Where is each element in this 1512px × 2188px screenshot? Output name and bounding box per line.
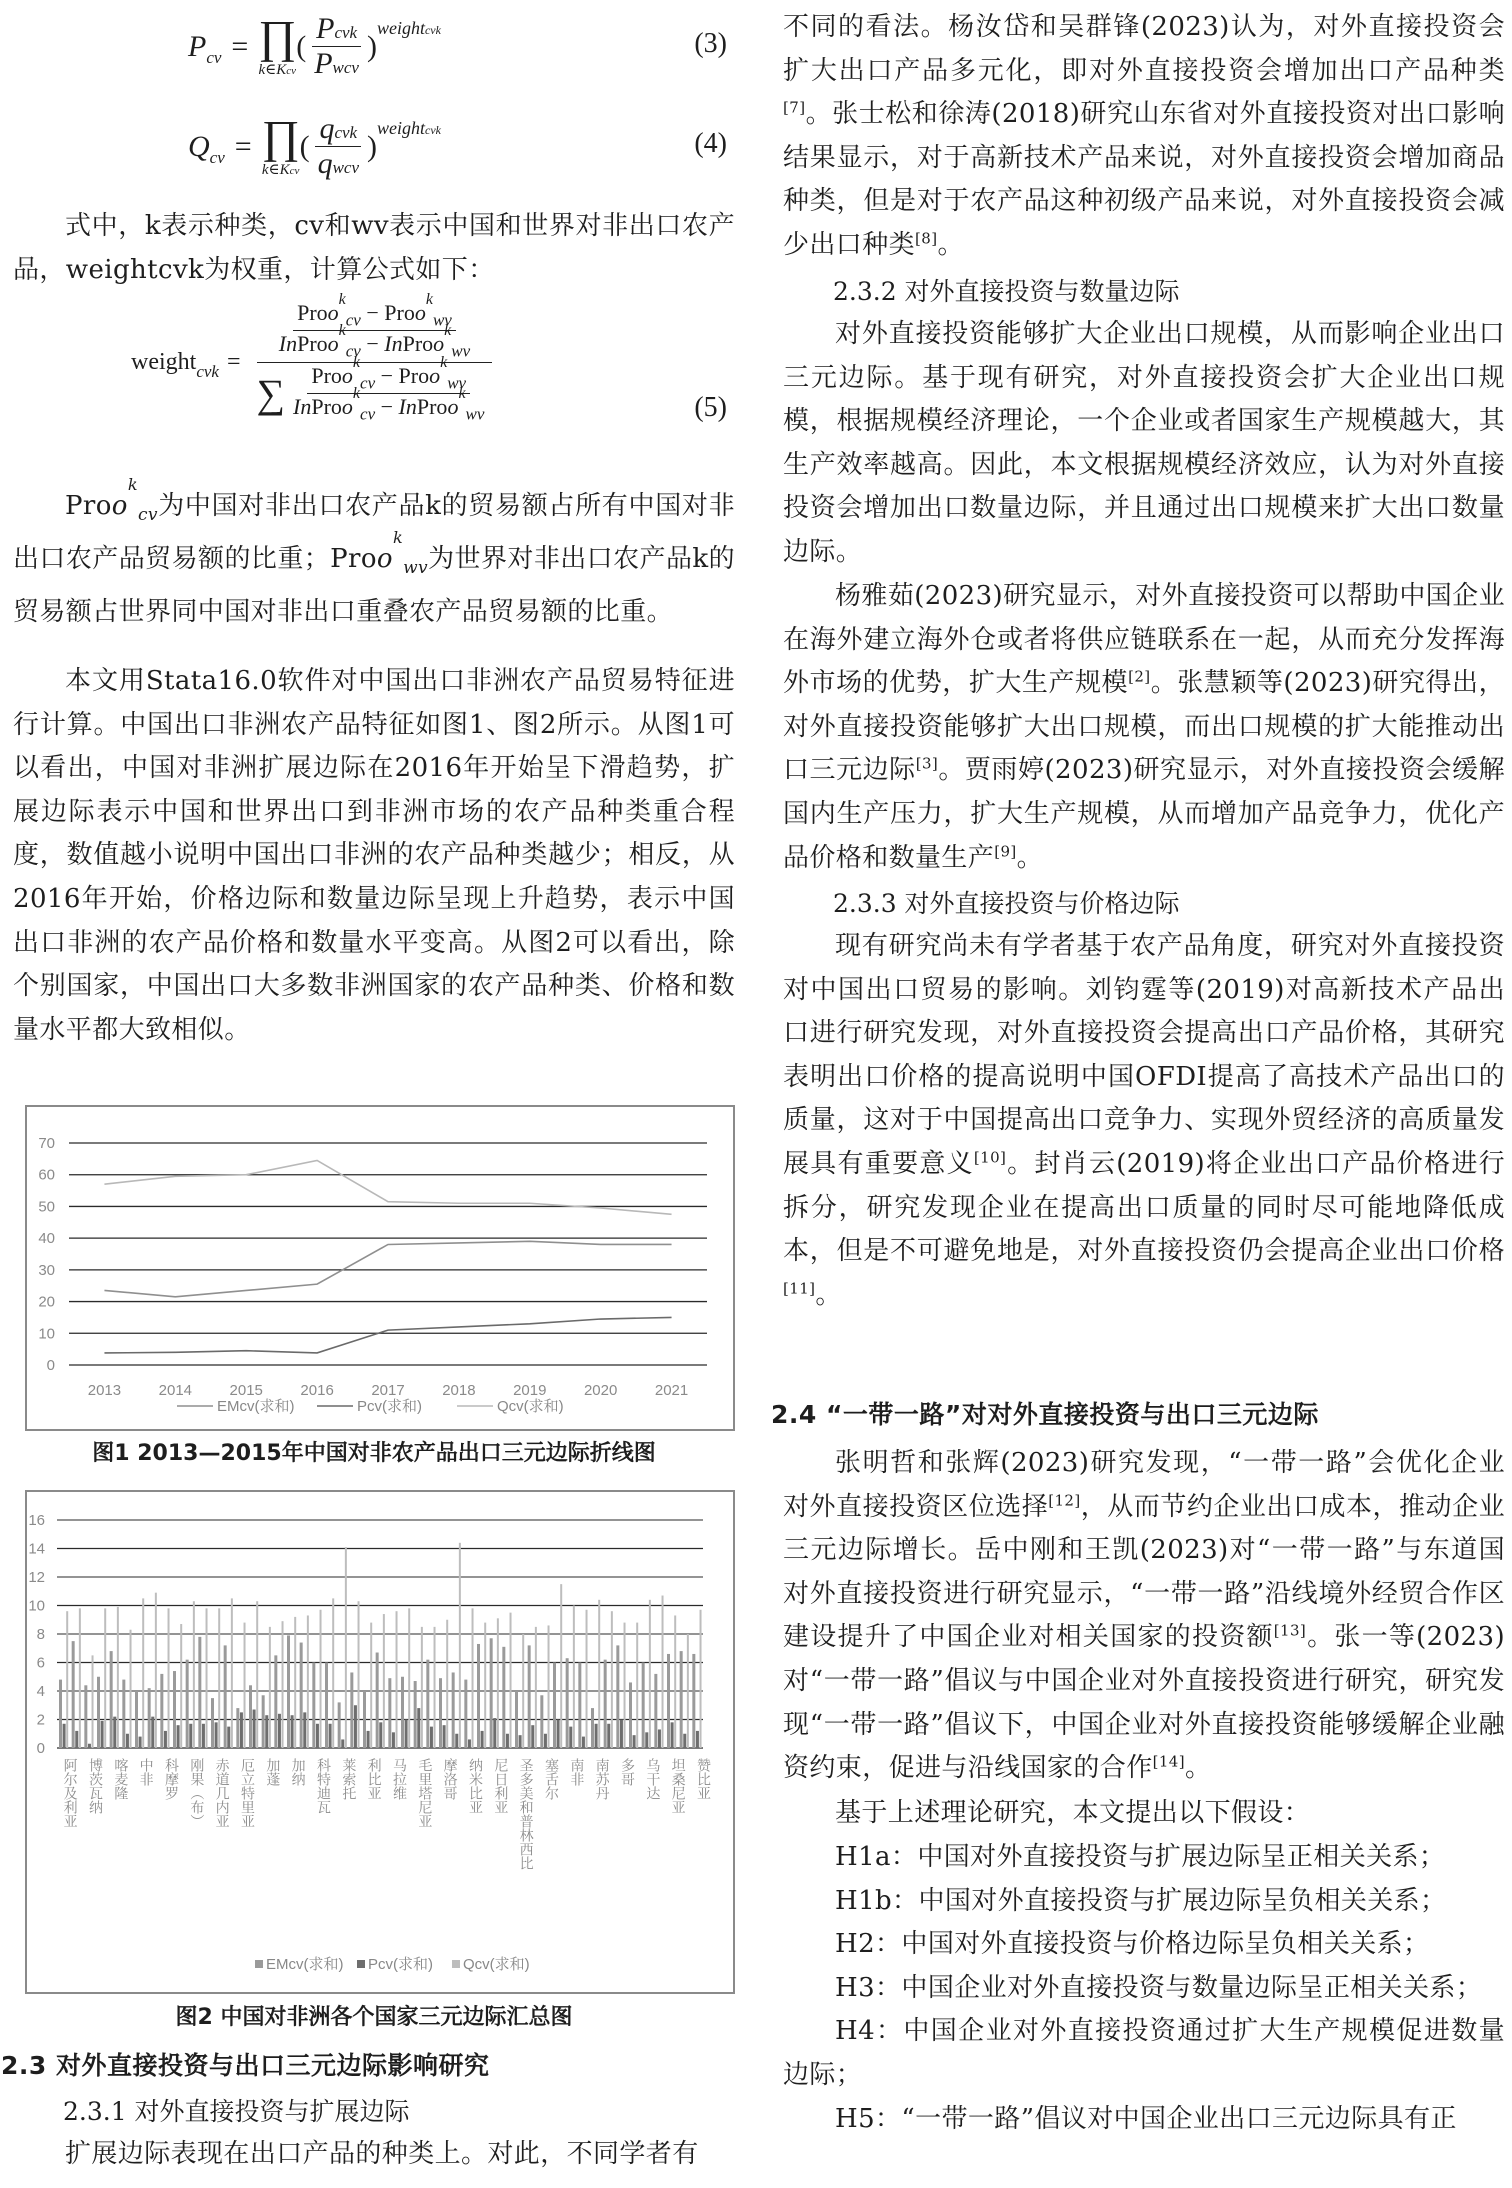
citation-3: [3]	[916, 755, 938, 773]
bar	[350, 1672, 353, 1748]
bar	[591, 1708, 594, 1748]
x-category-label: 喀麦隆	[112, 1758, 128, 1800]
x-category-label: 科特迪瓦	[315, 1757, 331, 1814]
y-tick-label: 0	[47, 1357, 55, 1374]
x-category-label: 南非	[568, 1757, 584, 1786]
y-tick-label: 10	[38, 1325, 55, 1342]
eq3-number: (3)	[694, 28, 727, 60]
paragraph-extensive-margin: 扩展边际表现在出口产品的种类上。对此，不同学者有	[13, 2133, 735, 2177]
y-tick-label: 2	[37, 1712, 45, 1729]
hypothesis-h5: H5：“一带一路”倡议对中国企业出口三元边际具有正	[783, 2098, 1505, 2142]
figure-1-line-chart: 0102030405060702013201420152016201720182…	[25, 1105, 735, 1431]
paragraph-scale-effects: 杨雅茹(2023)研究显示，对外直接投资可以帮助中国企业在海外建立海外仓或者将供…	[783, 575, 1505, 880]
bar	[405, 1720, 408, 1749]
hypothesis-h4: H4：中国企业对外直接投资通过扩大生产规模促进数量边际；	[783, 2010, 1505, 2097]
x-category-label: 赤道几内亚	[214, 1757, 230, 1828]
bar	[329, 1724, 332, 1748]
bar	[642, 1663, 645, 1749]
bar	[654, 1674, 657, 1748]
bar	[611, 1611, 613, 1748]
x-tick-label: 2021	[655, 1382, 688, 1399]
eq4-lhs-sub: cv	[210, 148, 225, 168]
bar	[569, 1727, 572, 1748]
bar	[236, 1708, 239, 1748]
paragraph-belt-and-road: 张明哲和张辉(2023)研究发现，“一带一路”会优化企业对外直接投资区位选择[1…	[783, 1442, 1505, 1791]
bar	[629, 1682, 632, 1748]
x-tick-label: 2016	[300, 1382, 333, 1399]
bar	[683, 1734, 686, 1748]
eq4-equals: =	[235, 130, 252, 164]
y-tick-label: 0	[37, 1740, 45, 1757]
bar	[345, 1547, 347, 1748]
eq3-lhs-sub: cv	[206, 48, 221, 68]
hypothesis-h2: H2：中国对外直接投资与价格边际呈负相关关系；	[783, 1923, 1505, 1967]
bar	[316, 1724, 319, 1748]
bar	[231, 1598, 233, 1748]
x-tick-label: 2020	[584, 1382, 617, 1399]
x-category-label: 纳米比亚	[467, 1757, 483, 1814]
bar	[142, 1598, 144, 1748]
y-tick-label: 10	[28, 1598, 45, 1615]
eq4-product: ∏ k∈Kcv	[262, 114, 300, 179]
series-line	[104, 1317, 671, 1353]
legend-label: Pcv(求和)	[357, 1398, 422, 1415]
bar	[282, 1621, 284, 1748]
bar	[401, 1677, 404, 1748]
bar	[211, 1698, 214, 1748]
y-tick-label: 70	[38, 1135, 55, 1152]
eq4-fraction: qcvk qwcv	[314, 112, 363, 181]
bar	[700, 1610, 702, 1748]
bar	[72, 1641, 75, 1748]
bar	[358, 1601, 360, 1748]
bar	[341, 1739, 344, 1748]
bar	[472, 1608, 474, 1748]
x-category-label: 阿尔及利亚	[62, 1758, 78, 1828]
bar	[490, 1638, 493, 1748]
bar	[595, 1724, 598, 1748]
citation-10: [10]	[974, 1148, 1006, 1166]
bar	[379, 1722, 382, 1748]
x-category-label: 利比亚	[366, 1757, 382, 1800]
x-category-label: 科摩罗	[163, 1757, 179, 1800]
bar	[421, 1627, 423, 1748]
bar	[392, 1732, 395, 1748]
bar	[294, 1617, 296, 1748]
bar	[265, 1715, 268, 1748]
bar	[126, 1734, 129, 1748]
hypothesis-h3: H3：中国企业对外直接投资与数量边际呈正相关关系；	[783, 1967, 1505, 2011]
bar	[481, 1731, 484, 1748]
eq3-fraction: Pcvk Pwcv	[310, 12, 363, 81]
figure-2-bar-chart: 0246810121416阿尔及利亚博茨瓦纳喀麦隆中非科摩罗刚果（布）赤道几内亚…	[25, 1490, 735, 1994]
citation-12: [12]	[1048, 1491, 1080, 1509]
paragraph-price-margin: 现有研究尚未有学者基于农产品角度，研究对外直接投资对中国出口贸易的影响。刘钧霆等…	[783, 925, 1505, 1317]
paragraph-weight-intro: 式中，k表示种类，cv和wv表示中国和世界对非出口农产品，weightcvk为权…	[13, 205, 735, 292]
bar	[455, 1734, 458, 1748]
bar	[215, 1722, 218, 1748]
x-category-label: 南苏丹	[594, 1757, 610, 1800]
bar	[557, 1720, 560, 1749]
x-tick-label: 2019	[513, 1382, 546, 1399]
bar	[620, 1720, 623, 1749]
bar	[92, 1655, 94, 1748]
bar	[493, 1718, 496, 1748]
bar	[363, 1691, 366, 1748]
bar	[148, 1688, 151, 1748]
bar	[256, 1601, 258, 1748]
bar	[544, 1734, 547, 1748]
bar	[531, 1725, 534, 1748]
x-category-label: 多哥	[619, 1758, 635, 1786]
bar	[168, 1608, 170, 1748]
legend-swatch	[255, 1960, 263, 1968]
bar	[560, 1584, 562, 1748]
bar	[624, 1623, 626, 1748]
line-chart-svg: 0102030405060702013201420152016201720182…	[27, 1107, 733, 1429]
bar	[586, 1610, 588, 1748]
bar	[692, 1654, 695, 1748]
bar	[63, 1724, 66, 1748]
bar	[522, 1634, 524, 1748]
eq5-outer-fraction: Prookcv − Prookwv InProokcv − InProokwv …	[253, 300, 497, 425]
bar	[636, 1623, 638, 1748]
citation-2: [2]	[1128, 668, 1150, 686]
bar	[249, 1685, 252, 1748]
citation-9: [9]	[994, 842, 1016, 860]
citation-13: [13]	[1274, 1622, 1306, 1640]
bar	[633, 1735, 636, 1748]
bar	[658, 1729, 661, 1748]
y-tick-label: 20	[38, 1294, 55, 1311]
bar	[573, 1606, 575, 1749]
bar	[548, 1625, 550, 1748]
bar	[439, 1678, 442, 1748]
bar	[325, 1663, 328, 1749]
bar	[186, 1660, 189, 1748]
bar	[79, 1608, 81, 1748]
bar	[287, 1635, 290, 1748]
bar	[66, 1611, 68, 1748]
bar	[173, 1671, 176, 1748]
x-category-label: 加纳	[290, 1758, 306, 1787]
eq5-lhs: weight	[131, 349, 196, 376]
bar	[477, 1644, 480, 1748]
y-tick-label: 50	[38, 1198, 55, 1215]
bar	[582, 1737, 585, 1748]
bar	[696, 1731, 699, 1748]
bar	[278, 1714, 281, 1748]
bar	[434, 1627, 436, 1748]
bar	[160, 1674, 163, 1748]
x-category-label: 马拉维	[391, 1758, 407, 1800]
bar	[130, 1630, 132, 1748]
legend-label: Qcv(求和)	[497, 1398, 564, 1415]
paragraph-hypotheses-intro: 基于上述理论研究，本文提出以下假设：	[783, 1792, 1505, 1836]
bar	[649, 1600, 651, 1748]
subsection-heading-2-3-1: 2.3.1 对外直接投资与扩展边际	[13, 2090, 410, 2134]
bar	[312, 1663, 315, 1749]
x-category-label: 加蓬	[264, 1758, 280, 1787]
bar	[426, 1660, 429, 1748]
bar	[303, 1712, 306, 1748]
bar	[218, 1608, 220, 1748]
bar	[414, 1681, 417, 1748]
bar-chart-svg: 0246810121416阿尔及利亚博茨瓦纳喀麦隆中非科摩罗刚果（布）赤道几内亚…	[27, 1492, 733, 1992]
series-line	[104, 1241, 671, 1297]
bar	[484, 1623, 486, 1748]
y-tick-label: 40	[38, 1230, 55, 1247]
bar	[240, 1712, 243, 1748]
x-category-label: 刚果（布）	[188, 1757, 204, 1828]
x-tick-label: 2015	[230, 1382, 263, 1399]
bar	[376, 1653, 379, 1748]
hypothesis-h1b: H1b：中国对外直接投资与扩展边际呈负相关关系；	[783, 1880, 1505, 1924]
bar	[680, 1651, 683, 1748]
bar	[320, 1610, 322, 1748]
section-heading-2-3: 2.3 对外直接投资与出口三元边际影响研究	[1, 2046, 490, 2086]
bar	[151, 1717, 154, 1748]
bar	[515, 1691, 518, 1748]
bar	[553, 1663, 556, 1749]
bar	[244, 1623, 246, 1748]
x-category-label: 莱索托	[340, 1758, 356, 1800]
bar	[607, 1724, 610, 1748]
bar	[338, 1702, 341, 1748]
eq3-lhs: P	[188, 30, 206, 64]
citation-8: [8]	[915, 229, 937, 247]
bar	[566, 1658, 569, 1748]
citation-14: [14]	[1153, 1753, 1185, 1771]
bar	[274, 1655, 277, 1748]
x-category-label: 尼日利亚	[492, 1758, 508, 1814]
eq3-product: ∏ k∈Kcv	[258, 14, 296, 79]
bar	[519, 1735, 522, 1748]
bar	[198, 1637, 201, 1748]
bar	[227, 1727, 230, 1748]
figure-2-caption: 图2 中国对非洲各个国家三元边际汇总图	[13, 2000, 735, 2031]
bar	[291, 1715, 294, 1748]
legend-label: Qcv(求和)	[463, 1956, 530, 1973]
bar	[269, 1627, 271, 1748]
x-tick-label: 2013	[88, 1382, 121, 1399]
bar	[674, 1615, 676, 1748]
paragraph-stata-analysis: 本文用Stata16.0软件对中国出口非洲农产品贸易特征进行计算。中国出口非洲农…	[13, 660, 735, 1052]
bar	[354, 1705, 357, 1748]
bar	[202, 1724, 205, 1748]
y-tick-label: 30	[38, 1262, 55, 1279]
bar	[117, 1607, 119, 1748]
bar	[88, 1744, 91, 1748]
x-category-label: 乌干达	[644, 1758, 660, 1800]
legend-label: Pcv(求和)	[368, 1956, 433, 1973]
x-tick-label: 2014	[159, 1382, 192, 1399]
x-category-label: 中非	[138, 1757, 154, 1786]
paragraph-quantity-margin: 对外直接投资能够扩大企业出口规模，从而影响企业出口三元边际。基于现有研究，对外直…	[783, 313, 1505, 575]
bar	[616, 1645, 619, 1748]
hypothesis-h1a: H1a：中国对外直接投资与扩展边际呈正相关关系；	[783, 1836, 1505, 1880]
legend-label: EMcv(求和)	[266, 1956, 344, 1973]
bar	[464, 1680, 467, 1748]
bar	[528, 1645, 531, 1748]
bar	[104, 1608, 106, 1748]
x-category-label: 摩洛哥	[442, 1757, 458, 1800]
bar	[662, 1596, 664, 1748]
bar	[396, 1611, 398, 1748]
bar	[193, 1601, 195, 1748]
x-category-label: 毛里塔尼亚	[416, 1758, 432, 1828]
bar	[367, 1731, 370, 1748]
bar	[370, 1623, 372, 1748]
bar	[540, 1695, 543, 1748]
eq4-lhs: Q	[188, 130, 210, 164]
bar	[535, 1627, 537, 1748]
bar	[388, 1678, 391, 1748]
bar	[459, 1543, 461, 1748]
bar	[446, 1620, 448, 1748]
bar	[443, 1725, 446, 1748]
bar	[84, 1685, 87, 1748]
section-heading-2-4: 2.4 “一带一路”对对外直接投资与出口三元边际	[771, 1395, 1319, 1435]
x-tick-label: 2017	[371, 1382, 404, 1399]
bar	[687, 1634, 689, 1748]
eq4-number: (4)	[694, 128, 727, 160]
y-tick-label: 16	[28, 1512, 45, 1529]
x-category-label: 赞比亚	[695, 1757, 711, 1800]
bar	[139, 1737, 142, 1748]
bar	[113, 1717, 116, 1748]
bar	[189, 1724, 192, 1748]
bar	[598, 1600, 600, 1748]
bar	[164, 1731, 167, 1748]
bar	[671, 1722, 674, 1748]
bar	[110, 1651, 113, 1748]
paragraph-pro-definition: Prookcv为中国对非出口农产品k的贸易额占所有中国对非出口农产品贸易额的比重…	[13, 485, 735, 634]
bar	[177, 1725, 180, 1748]
bar	[300, 1643, 303, 1748]
y-tick-label: 14	[28, 1541, 45, 1558]
hypotheses-list: H1a：中国对外直接投资与扩展边际呈正相关关系； H1b：中国对外直接投资与扩展…	[783, 1836, 1505, 2141]
bar	[75, 1731, 78, 1748]
bar	[332, 1598, 334, 1748]
bar	[224, 1645, 227, 1748]
subsection-heading-2-3-2: 2.3.2 对外直接投资与数量边际	[783, 270, 1180, 314]
paragraph-scholar-views: 不同的看法。杨汝岱和吴群锋(2023)认为，对外直接投资会扩大出口产品多元化，即…	[783, 6, 1505, 268]
bar	[408, 1608, 410, 1748]
legend-swatch	[357, 1960, 365, 1968]
citation-7: [7]	[783, 99, 805, 117]
x-category-label: 博茨瓦纳	[87, 1757, 103, 1815]
eq5-number: (5)	[694, 392, 727, 424]
x-category-label: 塞舌尔	[543, 1758, 559, 1800]
x-category-label: 圣多美和普林西比	[518, 1758, 534, 1870]
bar	[667, 1654, 670, 1748]
bar	[468, 1739, 471, 1748]
bar	[430, 1727, 433, 1748]
x-tick-label: 2018	[442, 1382, 475, 1399]
legend-label: EMcv(求和)	[217, 1398, 295, 1415]
citation-11: [11]	[783, 1279, 815, 1297]
y-tick-label: 4	[37, 1683, 45, 1700]
y-tick-label: 12	[28, 1569, 45, 1586]
bar	[206, 1608, 208, 1748]
bar	[506, 1734, 509, 1748]
bar	[155, 1593, 157, 1748]
eq3-equals: =	[231, 30, 248, 64]
bar	[510, 1613, 512, 1748]
bar	[417, 1708, 420, 1748]
x-category-label: 坦桑尼亚	[670, 1757, 686, 1814]
x-category-label: 厄立特里亚	[239, 1758, 255, 1828]
y-tick-label: 8	[37, 1626, 45, 1643]
bar	[307, 1615, 309, 1748]
bar	[262, 1695, 265, 1748]
y-tick-label: 6	[37, 1655, 45, 1672]
legend-swatch	[452, 1960, 460, 1968]
bar	[645, 1732, 648, 1748]
bar	[59, 1680, 62, 1748]
bar	[502, 1647, 505, 1748]
bar	[180, 1624, 182, 1748]
bar	[101, 1721, 104, 1748]
bar	[452, 1672, 455, 1748]
y-tick-label: 60	[38, 1167, 55, 1184]
bar	[253, 1710, 256, 1748]
subsection-heading-2-3-3: 2.3.3 对外直接投资与价格边际	[783, 882, 1180, 926]
bar	[497, 1618, 499, 1748]
bar	[122, 1680, 125, 1748]
bar	[383, 1614, 385, 1748]
bar	[135, 1691, 138, 1748]
bar	[578, 1663, 581, 1749]
figure-1-caption: 图1 2013—2015年中国对非农产品出口三元边际折线图	[13, 1436, 735, 1467]
bar	[97, 1677, 100, 1748]
bar	[604, 1660, 607, 1748]
